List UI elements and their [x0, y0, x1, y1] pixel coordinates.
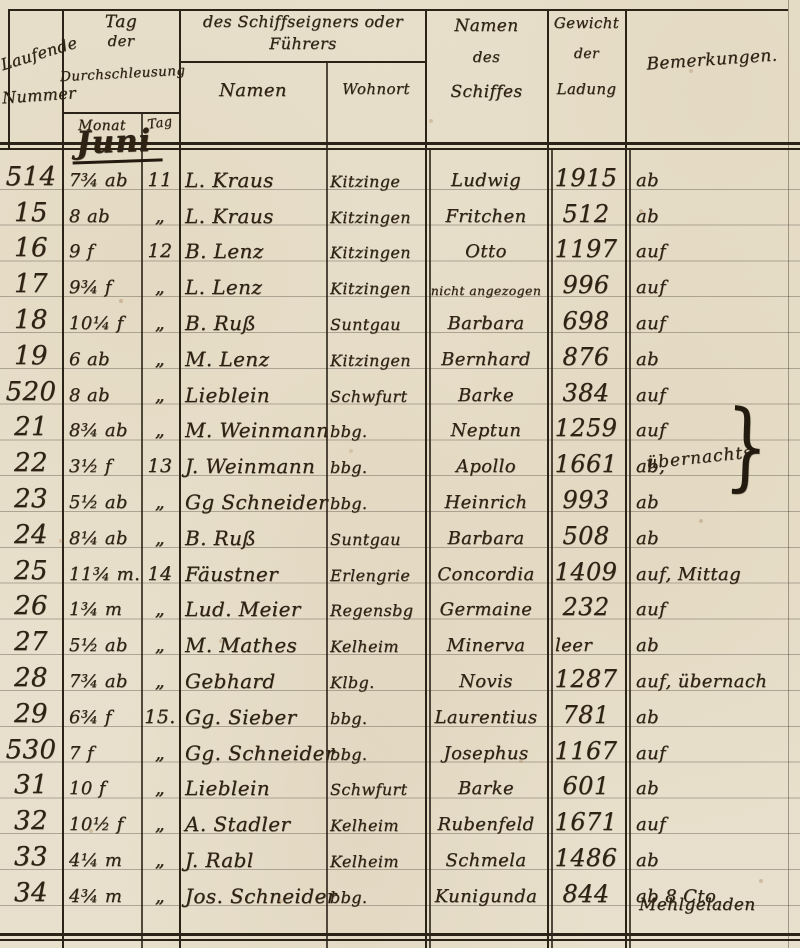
owner-residence: bbg.: [326, 496, 425, 512]
row-number: 27: [0, 629, 62, 655]
owner-name: Fäustner: [179, 564, 326, 584]
owner-name: Jos. Schneider: [179, 886, 326, 906]
ship-name: nicht angezogen: [425, 285, 547, 298]
row-number: 33: [0, 844, 62, 870]
owner-name: J. Rabl: [179, 850, 326, 870]
lockage-time: 10½ f: [62, 816, 141, 834]
cargo-weight: 384: [547, 381, 625, 405]
cargo-weight: 1915: [547, 166, 625, 190]
subheader-divider: [62, 112, 180, 114]
table-row: 24 8¼ ab „ B. Ruß Suntgau Barbara 508 ab: [0, 512, 800, 548]
lockage-time: 9 f: [62, 243, 141, 261]
owner-residence: Kitzinge: [326, 174, 425, 190]
table-row: 15 8 ab „ L. Kraus Kitzingen Fritchen 51…: [0, 190, 800, 226]
remark: ab: [636, 206, 659, 227]
lockage-day: „: [141, 314, 179, 333]
remark-cell: ab: [625, 208, 800, 226]
cargo-weight: 1167: [547, 739, 625, 763]
remark: auf: [636, 277, 666, 298]
remark: auf: [636, 814, 666, 835]
ship-name: Barbara: [425, 530, 547, 548]
ship-name: Rubenfeld: [425, 816, 547, 834]
row-number: 24: [0, 522, 62, 548]
row-number: 28: [0, 665, 62, 691]
row-number: 32: [0, 808, 62, 834]
border-top: [8, 9, 788, 11]
owner-residence: Schwfurt: [326, 389, 425, 405]
remark: ab: [636, 707, 659, 728]
owner-residence: Kelheim: [326, 854, 425, 870]
cargo-weight: 1671: [547, 810, 625, 834]
cargo-weight: 601: [547, 774, 625, 798]
ship-name: Ludwig: [425, 172, 547, 190]
ship-name: Heinrich: [425, 494, 547, 512]
table-row: 29 6¾ f 15. Gg. Sieber bbg. Laurentius 7…: [0, 691, 800, 727]
lockage-day: 12: [141, 242, 179, 261]
table-row: 21 8¾ ab „ M. Weinmann bbg. Neptun 1259 …: [0, 405, 800, 441]
row-number: 19: [0, 343, 62, 369]
row-number: 530: [0, 737, 62, 763]
lockage-time: 7 f: [62, 745, 141, 763]
remark: auf: [636, 743, 666, 764]
lockage-time: 8¼ ab: [62, 530, 141, 548]
cargo-weight: 781: [547, 703, 625, 727]
row-number: 514: [0, 164, 62, 190]
remark-cell: ab: [625, 780, 800, 798]
row-number: 29: [0, 701, 62, 727]
table-row: 25 11¾ m. 14 Fäustner Erlengrie Concordi…: [0, 548, 800, 584]
ship-name: Barke: [425, 780, 547, 798]
lockage-day: „: [141, 386, 179, 405]
row-number: 17: [0, 271, 62, 297]
margin-brace: }: [723, 396, 769, 495]
row-number: 520: [0, 379, 62, 405]
lockage-time: 11¾ m.: [62, 566, 141, 584]
lockage-day: „: [141, 493, 179, 512]
remark: auf: [636, 385, 666, 406]
header-weight-line1: Gewicht: [548, 14, 625, 32]
lockage-day: 15.: [141, 708, 179, 727]
lockage-time: 10¼ f: [62, 315, 141, 333]
remark-cell: auf: [625, 601, 800, 619]
owner-name: B. Ruß: [179, 528, 326, 548]
owner-residence: bbg.: [326, 460, 425, 476]
lockage-time: 7¾ ab: [62, 172, 141, 190]
lockage-time: 1¾ m: [62, 601, 141, 619]
header-owner-line2: Führers: [180, 34, 426, 53]
cargo-weight: 1486: [547, 846, 625, 870]
owner-residence: Kitzingen: [326, 245, 425, 261]
ship-name: Neptun: [425, 422, 547, 440]
table-row: 16 9 f 12 B. Lenz Kitzingen Otto 1197 au…: [0, 226, 800, 262]
row-number: 34: [0, 880, 62, 906]
lockage-day: 11: [141, 171, 179, 190]
ship-name: Josephus: [425, 745, 547, 763]
row-number: 16: [0, 235, 62, 261]
header-owner-residence: Wohnort: [327, 80, 425, 98]
owner-name: Gg. Sieber: [179, 707, 326, 727]
owner-name: A. Stadler: [179, 814, 326, 834]
lockage-day: „: [141, 779, 179, 798]
lockage-day: 13: [141, 457, 179, 476]
table-row: 23 5½ ab „ Gg Schneider bbg. Heinrich 99…: [0, 476, 800, 512]
row-number: 22: [0, 450, 62, 476]
lockage-time: 4¼ m: [62, 852, 141, 870]
owner-name: Lud. Meier: [179, 599, 326, 619]
owner-name: B. Ruß: [179, 313, 326, 333]
ship-name: Schmela: [425, 852, 547, 870]
owner-name: L. Kraus: [179, 206, 326, 226]
owner-name: Gg. Schneider: [179, 743, 326, 763]
ship-name: Barbara: [425, 315, 547, 333]
owner-residence: bbg.: [326, 747, 425, 763]
remark-cell: ab: [625, 494, 800, 512]
lockage-time: 6 ab: [62, 351, 141, 369]
remark-cell: auf: [625, 315, 800, 333]
table-row: 27 5½ ab „ M. Mathes Kelheim Minerva lee…: [0, 619, 800, 655]
header-ship-line2: des: [426, 48, 547, 66]
ship-name: Apollo: [425, 458, 547, 476]
lockage-time: 8 ab: [62, 387, 141, 405]
lockage-day: 14: [141, 565, 179, 584]
remark: auf, übernach: [636, 671, 767, 692]
lockage-day: „: [141, 744, 179, 763]
lockage-time: 8 ab: [62, 208, 141, 226]
owner-residence: Regensbg: [326, 603, 425, 619]
lockage-day: „: [141, 672, 179, 691]
remark: auf: [636, 599, 666, 620]
row-number: 18: [0, 307, 62, 333]
remark: auf: [636, 420, 666, 441]
row-number: 23: [0, 486, 62, 512]
row-number: 31: [0, 772, 62, 798]
table-row: 28 7¾ ab „ Gebhard Klbg. Novis 1287 auf,…: [0, 655, 800, 691]
owner-name: Lieblein: [179, 385, 326, 405]
table-row: 530 7 f „ Gg. Schneider bbg. Josephus 11…: [0, 727, 800, 763]
lockage-time: 10 f: [62, 780, 141, 798]
lockage-time: 8¾ ab: [62, 422, 141, 440]
table-body: 514 7¾ ab 11 L. Kraus Kitzinge Ludwig 19…: [0, 154, 800, 906]
header-date-line2: der: [63, 32, 179, 50]
cargo-weight: 1409: [547, 560, 625, 584]
footer-rule-2: [0, 939, 800, 941]
ship-name: Germaine: [425, 601, 547, 619]
owner-name: B. Lenz: [179, 241, 326, 261]
table-row: 18 10¼ f „ B. Ruß Suntgau Barbara 698 au…: [0, 297, 800, 333]
ship-name: Concordia: [425, 566, 547, 584]
row-number: 15: [0, 200, 62, 226]
remark-cell: ab: [625, 852, 800, 870]
table-row: 19 6 ab „ M. Lenz Kitzingen Bernhard 876…: [0, 333, 800, 369]
lockage-time: 5½ ab: [62, 637, 141, 655]
remark: ab: [636, 170, 659, 191]
owner-residence: Suntgau: [326, 532, 425, 548]
lockage-day: „: [141, 851, 179, 870]
ledger-page: Laufende Nummer Tag der Durchschleusung …: [0, 0, 800, 948]
lockage-time: 3½ f: [62, 458, 141, 476]
lockage-day: „: [141, 815, 179, 834]
owner-residence: Suntgau: [326, 317, 425, 333]
ship-name: Fritchen: [425, 208, 547, 226]
lockage-day: „: [141, 421, 179, 440]
owner-residence: bbg.: [326, 424, 425, 440]
lockage-day: „: [141, 636, 179, 655]
owner-residence: Schwfurt: [326, 782, 425, 798]
cargo-weight: 508: [547, 524, 625, 548]
cargo-weight: 232: [547, 595, 625, 619]
remark: ab: [636, 349, 659, 370]
owner-name: Lieblein: [179, 778, 326, 798]
table-row: 31 10 f „ Lieblein Schwfurt Barke 601 ab: [0, 763, 800, 799]
remark: ab: [636, 492, 659, 513]
row-number: 21: [0, 414, 62, 440]
ship-name: Kunigunda: [425, 888, 547, 906]
remark-cell: auf: [625, 816, 800, 834]
owner-name: M. Mathes: [179, 635, 326, 655]
row-number: 26: [0, 593, 62, 619]
remark-cell: ab: [625, 709, 800, 727]
ship-name: Barke: [425, 387, 547, 405]
header-weight-line3: Ladung: [548, 80, 625, 98]
owner-name: L. Lenz: [179, 277, 326, 297]
remark-line2: Mehlgeladen: [639, 897, 756, 914]
cargo-weight: 1661: [547, 452, 625, 476]
footer-rule-1: [0, 933, 800, 936]
row-number: 25: [0, 558, 62, 584]
header-weight-line2: der: [548, 46, 625, 62]
lockage-time: 5½ ab: [62, 494, 141, 512]
owner-name: J. Weinmann: [179, 456, 326, 476]
remark-cell: auf: [625, 387, 800, 405]
cargo-weight: 1259: [547, 416, 625, 440]
remark: auf: [636, 313, 666, 334]
owner-residence: Kitzingen: [326, 210, 425, 226]
owner-residence: Kelheim: [326, 818, 425, 834]
cargo-weight: leer: [547, 637, 625, 655]
cargo-weight: 698: [547, 309, 625, 333]
ship-name: Laurentius: [425, 709, 547, 727]
owner-residence: Kelheim: [326, 639, 425, 655]
owner-name: Gg Schneider: [179, 492, 326, 512]
header-owner-name: Namen: [180, 80, 326, 101]
remark: auf, Mittag: [636, 564, 741, 585]
lockage-time: 7¾ ab: [62, 673, 141, 691]
cargo-weight: 993: [547, 488, 625, 512]
owner-name: Gebhard: [179, 671, 326, 691]
table-row: 33 4¼ m „ J. Rabl Kelheim Schmela 1486 a…: [0, 834, 800, 870]
remark-cell: ab: [625, 530, 800, 548]
lockage-day: „: [141, 350, 179, 369]
ship-name: Bernhard: [425, 351, 547, 369]
cargo-weight: 1197: [547, 237, 625, 261]
table-row: 26 1¾ m „ Lud. Meier Regensbg Germaine 2…: [0, 584, 800, 620]
table-row: 32 10½ f „ A. Stadler Kelheim Rubenfeld …: [0, 798, 800, 834]
ship-name: Minerva: [425, 637, 547, 655]
remark-cell: ab 8 Cto Mehlgeladen: [625, 888, 800, 906]
remark-cell: auf, Mittag: [625, 566, 800, 584]
header-owner-line1: des Schiffseigners oder: [180, 12, 426, 31]
owner-header-divider: [180, 61, 427, 63]
remark-cell: ab: [625, 172, 800, 190]
remark: ab: [636, 635, 659, 656]
table-row: 34 4¾ m „ Jos. Schneider bbg. Kunigunda …: [0, 870, 800, 906]
owner-name: L. Kraus: [179, 170, 326, 190]
month-label: Juni: [71, 122, 162, 164]
remark: auf: [636, 241, 666, 262]
owner-residence: Kitzingen: [326, 281, 425, 297]
lockage-day: „: [141, 529, 179, 548]
lockage-day: „: [141, 887, 179, 906]
header-remarks: Bemerkungen.: [628, 44, 797, 76]
owner-residence: Erlengrie: [326, 568, 425, 584]
lockage-time: 6¾ f: [62, 709, 141, 727]
header-date-line3: Durchschleusung: [60, 63, 183, 85]
table-row: 17 9¾ f „ L. Lenz Kitzingen nicht angezo…: [0, 261, 800, 297]
remark-cell: ab: [625, 351, 800, 369]
cargo-weight: 996: [547, 273, 625, 297]
header-date-line1: Tag: [63, 12, 179, 32]
owner-residence: bbg.: [326, 711, 425, 727]
table-row: 520 8 ab „ Lieblein Schwfurt Barke 384 a…: [0, 369, 800, 405]
lockage-time: 4¾ m: [62, 888, 141, 906]
cargo-weight: 876: [547, 345, 625, 369]
header-ship-line1: Namen: [426, 16, 547, 36]
cargo-weight: 1287: [547, 667, 625, 691]
owner-residence: Kitzingen: [326, 353, 425, 369]
remark: ab: [636, 778, 659, 799]
owner-name: M. Lenz: [179, 349, 326, 369]
ship-name: Novis: [425, 673, 547, 691]
lockage-day: „: [141, 207, 179, 226]
remark-cell: auf: [625, 745, 800, 763]
remark-cell: auf: [625, 243, 800, 261]
ship-name: Otto: [425, 243, 547, 261]
cargo-weight: 844: [547, 882, 625, 906]
border-left: [8, 9, 10, 150]
lockage-time: 9¾ f: [62, 279, 141, 297]
remark-cell: ab: [625, 637, 800, 655]
owner-residence: bbg.: [326, 890, 425, 906]
remark-cell: auf, übernach: [625, 673, 800, 691]
remark-cell: auf: [625, 422, 800, 440]
owner-name: M. Weinmann: [179, 420, 326, 440]
remark: ab: [636, 528, 659, 549]
owner-residence: Klbg.: [326, 675, 425, 691]
remark-cell: auf: [625, 279, 800, 297]
header-ship-line3: Schiffes: [426, 82, 547, 102]
lockage-day: „: [141, 278, 179, 297]
lockage-day: „: [141, 600, 179, 619]
cargo-weight: 512: [547, 202, 625, 226]
remark: ab: [636, 850, 659, 871]
